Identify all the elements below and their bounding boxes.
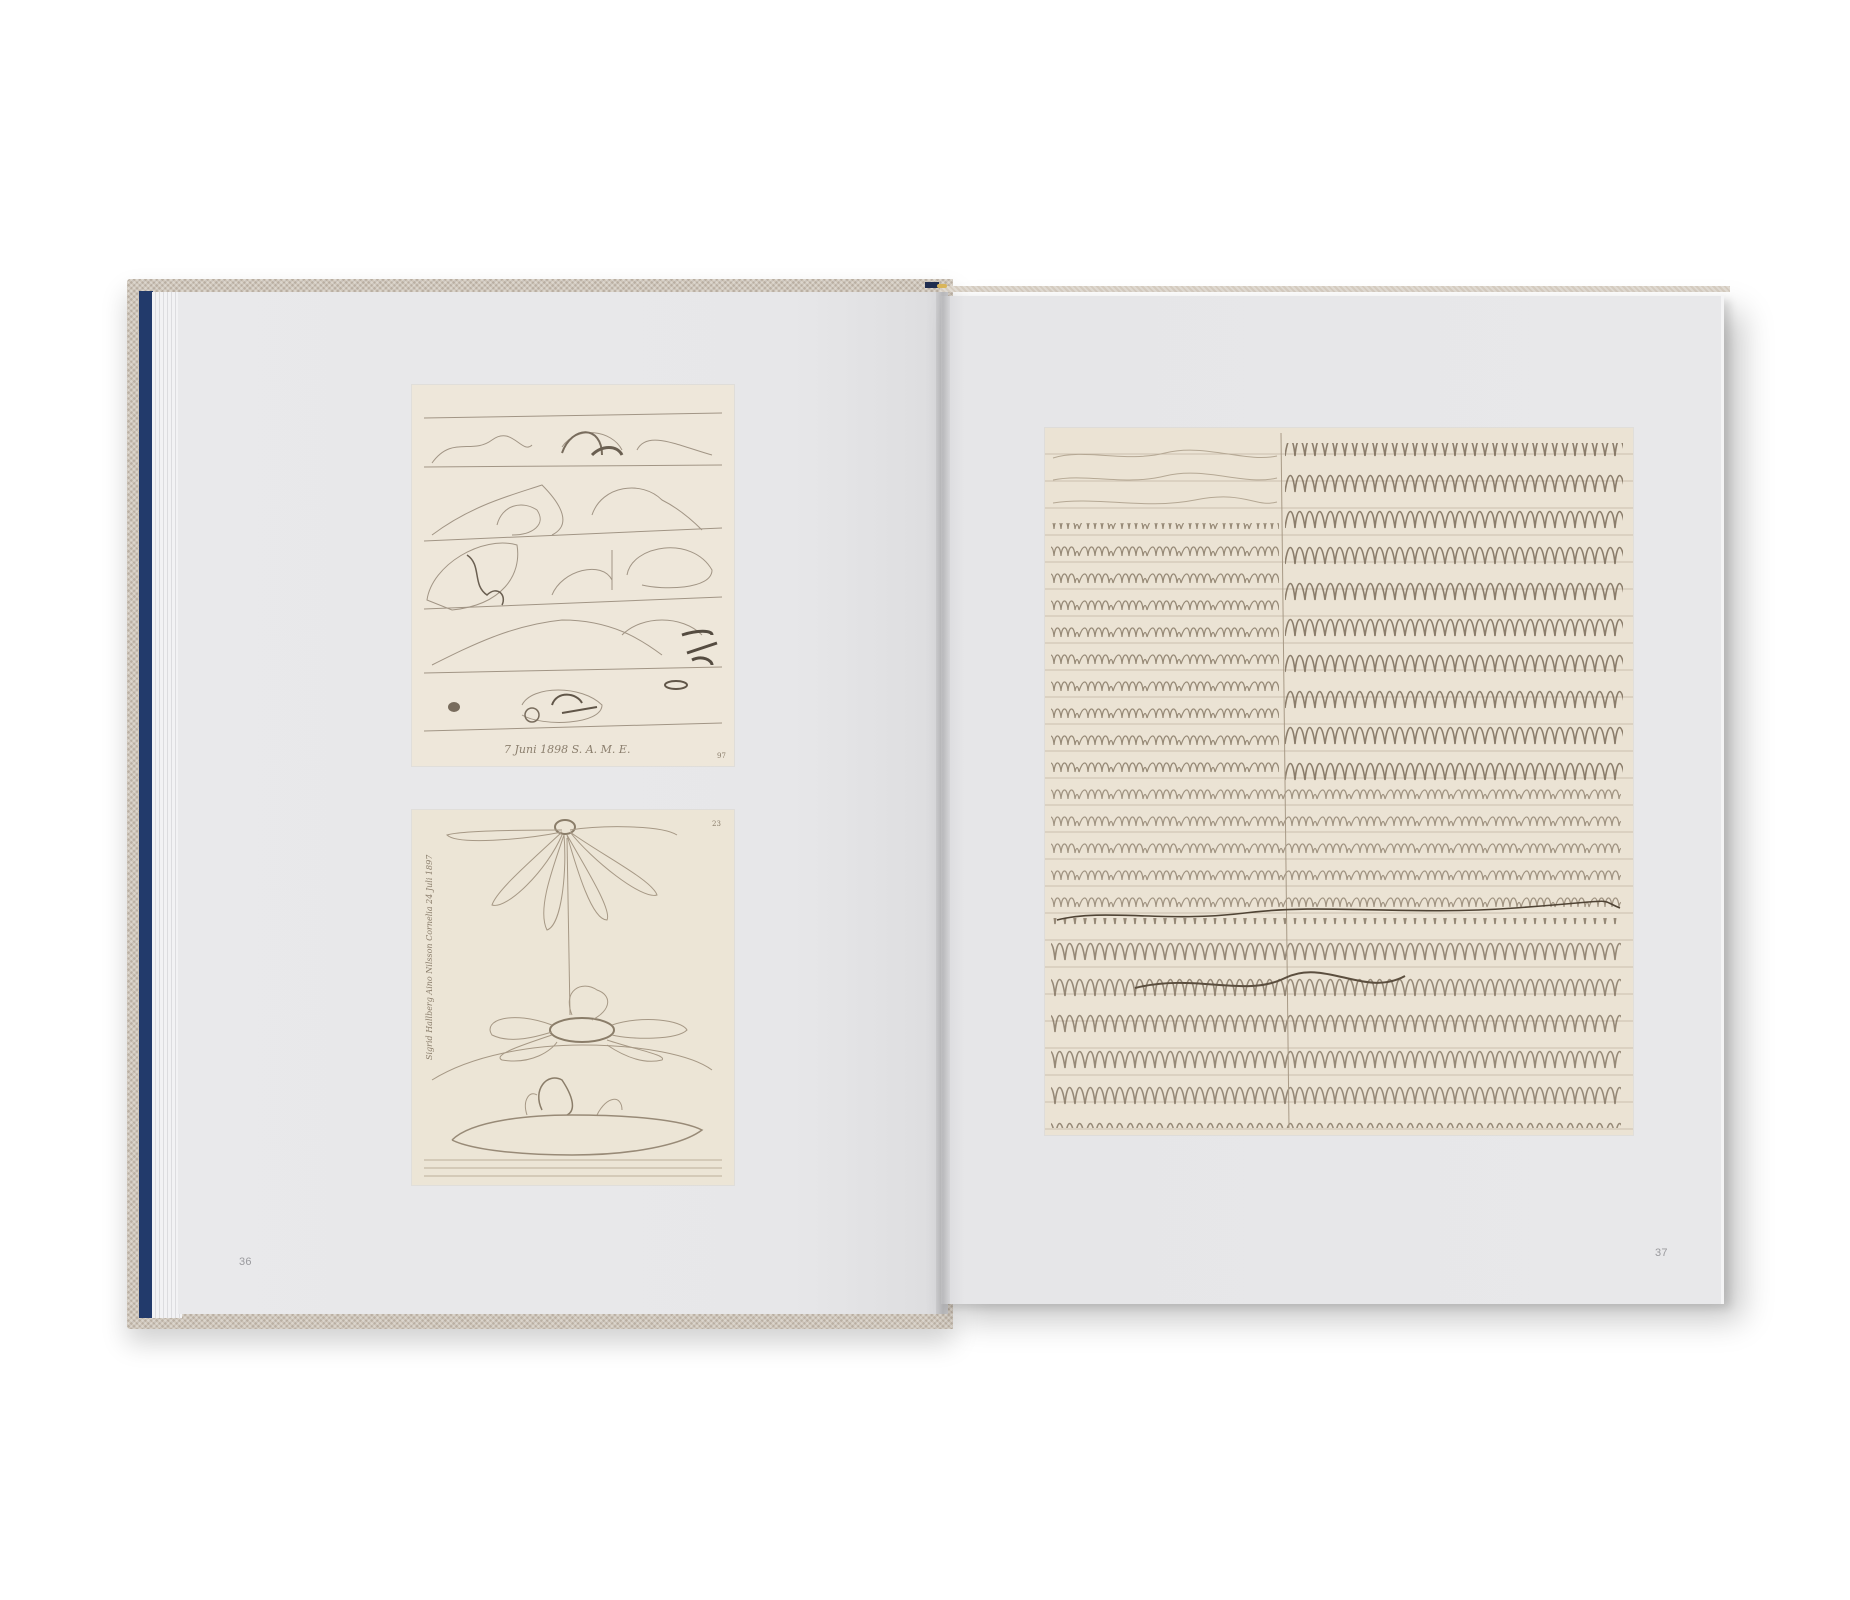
navy-endpaper-edge [139, 291, 153, 1318]
automatic-writing-drawing [1045, 428, 1633, 1135]
flower-inscription: Sigrid Hallberg Aino Nilsson Cornelia 24… [425, 854, 434, 1060]
landscape-corner-number: 97 [717, 752, 726, 760]
artwork-automatic-writing [1045, 428, 1633, 1135]
artwork-flower-sketch: Sigrid Hallberg Aino Nilsson Cornelia 24… [412, 810, 734, 1185]
page-number-right: 37 [1655, 1247, 1668, 1259]
artwork-landscape-sketch: 7 Juni 1898 S. A. M. E. 97 [412, 385, 734, 766]
landscape-inscription: 7 Juni 1898 S. A. M. E. [504, 743, 630, 756]
book-gutter [936, 292, 950, 1314]
page-number-left: 36 [239, 1256, 252, 1268]
ribbon-marker [937, 284, 947, 288]
landscape-sketch-drawing: 7 Juni 1898 S. A. M. E. 97 [412, 385, 734, 766]
book-cover-top-edge [940, 286, 1730, 292]
book-spread-scene: 7 Juni 1898 S. A. M. E. 97 [0, 0, 1850, 1600]
flower-corner-number: 23 [712, 820, 721, 828]
flower-sketch-drawing: Sigrid Hallberg Aino Nilsson Cornelia 24… [412, 810, 734, 1185]
